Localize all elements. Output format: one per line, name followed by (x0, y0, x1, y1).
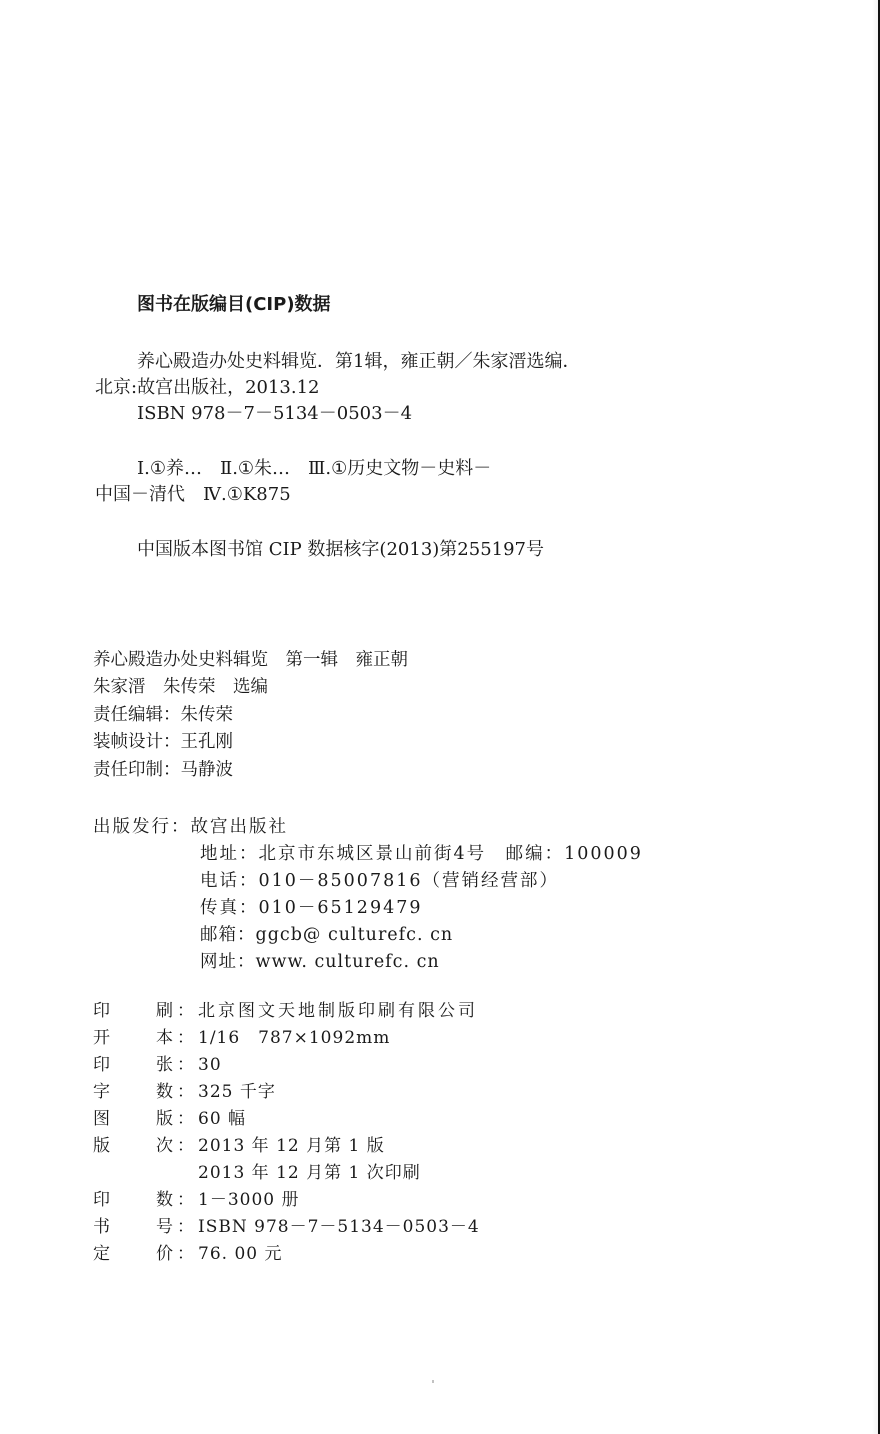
spec-colon: ： (177, 1243, 194, 1265)
spec-value: 30 (198, 1054, 222, 1076)
spec-value: 76. 00 元 (198, 1243, 282, 1265)
cip-heading: 图书在版编目(CIP)数据 (137, 294, 331, 316)
binding-design-value: 王孔刚 (181, 732, 234, 752)
publisher-phone: 电话：010－85007816（营销经营部） (200, 870, 559, 892)
spec-colon: ： (177, 1000, 194, 1022)
cip-publisher-line: 北京:故宫出版社，2013.12 (95, 377, 320, 399)
spec-colon: ： (177, 1135, 194, 1157)
cip-title-line: 养心殿造办处史料辑览．第1辑，雍正朝／朱家溍选编． (137, 351, 580, 373)
spec-label: 刷 (156, 1000, 173, 1022)
spec-row-word-count: 字数：325 千字 (93, 1059, 125, 1081)
publisher-website: 网址：www. culturefc. cn (200, 951, 440, 973)
spec-row-price: 定价：76. 00 元 (93, 1221, 125, 1243)
spec-label: 数 (156, 1081, 173, 1103)
spec-value: 1/16 787×1092mm (198, 1027, 390, 1049)
publisher-email: 邮箱：ggcb@ culturefc. cn (200, 924, 453, 946)
spec-value: 60 幅 (198, 1108, 246, 1130)
spec-row-edition: 版次：2013 年 12 月第 1 版 (93, 1113, 125, 1135)
spec-label: 定 (93, 1243, 110, 1265)
spec-colon: ： (177, 1027, 194, 1049)
spec-row-print-run: 印数：1－3000 册 (93, 1167, 125, 1189)
copyright-page: 图书在版编目(CIP)数据 养心殿造办处史料辑览．第1辑，雍正朝／朱家溍选编． … (0, 0, 880, 1434)
print-supervisor: 责任印制：马静波 (93, 759, 233, 781)
spec-label: 版 (156, 1108, 173, 1130)
binding-design: 装帧设计：王孔刚 (93, 731, 233, 753)
print-supervisor-value: 马静波 (181, 760, 234, 780)
cip-subject-line-2: 中国－清代 Ⅳ.①K875 (95, 484, 291, 506)
book-title: 养心殿造办处史料辑览 第一辑 雍正朝 (93, 649, 408, 671)
print-supervisor-label: 责任印制： (93, 760, 181, 780)
responsible-editor-label: 责任编辑： (93, 705, 181, 725)
spec-value: 325 千字 (198, 1081, 276, 1103)
scan-speck (432, 1380, 434, 1383)
binding-design-label: 装帧设计： (93, 732, 181, 752)
cip-record-number: 中国版本图书馆 CIP 数据核字(2013)第255197号 (137, 539, 544, 561)
spec-value: 2013 年 12 月第 1 版 (198, 1135, 385, 1157)
spec-value: 2013 年 12 月第 1 次印刷 (198, 1162, 421, 1184)
responsible-editor-value: 朱传荣 (181, 705, 234, 725)
publisher-label: 出版发行： (93, 817, 191, 837)
publisher-line: 出版发行：故宫出版社 (93, 816, 288, 838)
publisher-name: 故宫出版社 (191, 817, 289, 837)
cip-isbn-line: ISBN 978－7－5134－0503－4 (137, 403, 412, 425)
spec-row-plates: 图版：60 幅 (93, 1086, 125, 1108)
spec-colon: ： (177, 1189, 194, 1211)
spec-label: 本 (156, 1027, 173, 1049)
spec-row-sheets: 印张：30 (93, 1032, 125, 1054)
spec-row-format: 开本：1/16 787×1092mm (93, 1005, 125, 1027)
spec-row-printing: 2013 年 12 月第 1 次印刷 (93, 1140, 125, 1162)
spec-row-printer: 印刷：北京图文天地制版印刷有限公司 (93, 978, 125, 1000)
spec-colon: ： (177, 1216, 194, 1238)
cip-subject-line-1: Ⅰ.①养… Ⅱ.①朱… Ⅲ.①历史文物－史料－ (137, 458, 491, 480)
spec-value: 1－3000 册 (198, 1189, 299, 1211)
spec-colon: ： (177, 1054, 194, 1076)
spec-label: 次 (156, 1135, 173, 1157)
spec-colon: ： (177, 1108, 194, 1130)
publisher-address: 地址：北京市东城区景山前街4号 邮编：100009 (200, 843, 643, 865)
spec-value: 北京图文天地制版印刷有限公司 (198, 1000, 478, 1022)
spec-label: 数 (156, 1189, 173, 1211)
editors: 朱家溍 朱传荣 选编 (93, 676, 268, 698)
spec-colon: ： (177, 1081, 194, 1103)
spec-row-isbn: 书号：ISBN 978－7－5134－0503－4 (93, 1194, 125, 1216)
spec-value: ISBN 978－7－5134－0503－4 (198, 1216, 480, 1238)
spec-label: 号 (156, 1216, 173, 1238)
publisher-fax: 传真：010－65129479 (200, 897, 422, 919)
spec-label: 张 (156, 1054, 173, 1076)
responsible-editor: 责任编辑：朱传荣 (93, 704, 233, 726)
spec-label: 价 (156, 1243, 173, 1265)
